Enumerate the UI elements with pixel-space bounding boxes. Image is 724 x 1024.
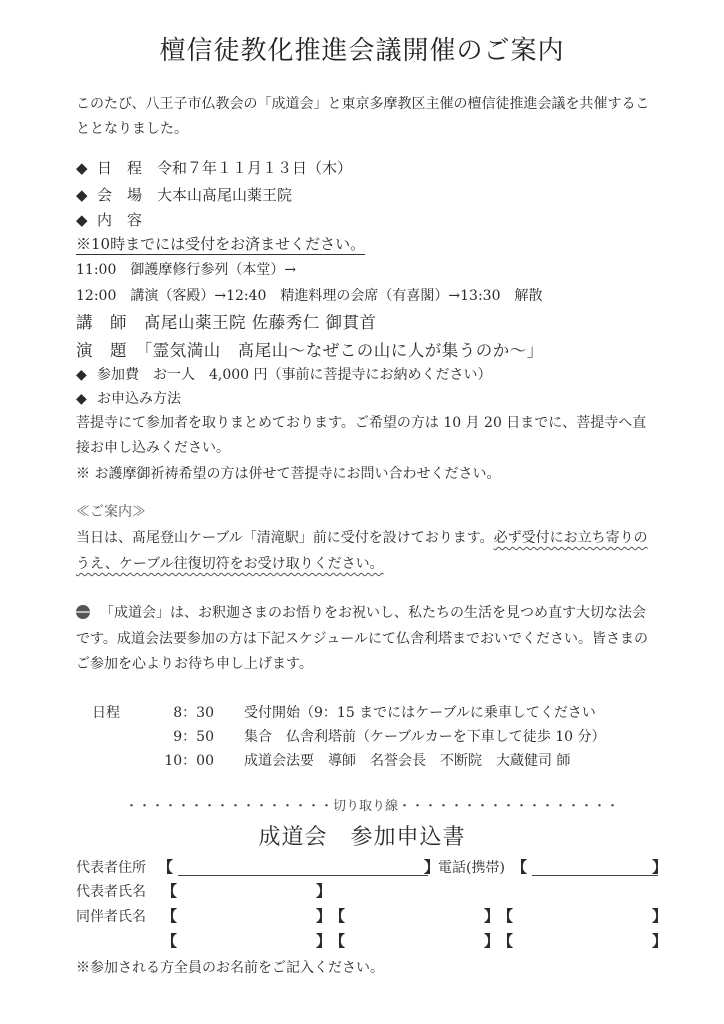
- bracket-open: 【: [330, 905, 345, 926]
- reception-note: ※10時までには受付をお済ませください。: [76, 232, 365, 257]
- bracket-open: 【: [330, 930, 345, 951]
- apply-text-2: 接お申し込みください。: [76, 436, 230, 461]
- bracket-close: 】: [484, 930, 499, 951]
- schedule-desc: 集合 仏舎利塔前（ケーブルカーを下車して徒歩 10 分）: [244, 724, 605, 748]
- apply-text-1: 菩提寺にて参加者を取りまとめております。ご希望の方は 10 月 20 日までに、…: [76, 411, 646, 436]
- lecturer-label: 講 師: [76, 313, 127, 332]
- bracket-open: 【: [162, 930, 177, 951]
- content-label: 内 容: [97, 211, 142, 229]
- globe-bullet-icon: [76, 605, 90, 619]
- companion-label: 同伴者氏名: [76, 906, 146, 926]
- companion-field-6[interactable]: [514, 930, 654, 950]
- date-value: 令和７年１１月１３日（木）: [157, 159, 352, 177]
- intro-line-1: このたび、八王子市仏教会の「成道会」と東京多摩教区主催の檀信徒推進会議を共催する…: [76, 92, 649, 117]
- topic-label: 演 題: [76, 341, 127, 360]
- bracket-close: 】: [652, 930, 667, 951]
- schedule-table: 日程 8：30 受付開始（9：15 までにはケーブルに乗車してください 9：50…: [92, 700, 605, 772]
- lecturer-row: 講 師 髙尾山薬王院 佐藤秀仁 御貫首: [76, 310, 377, 335]
- phone-field[interactable]: [532, 875, 658, 876]
- schedule-row: 9：50 集合 仏舎利塔前（ケーブルカーを下車して徒歩 10 分）: [92, 724, 605, 748]
- program-line-2: 12:00 講演（客殿）→12:40 精進料理の会席（有喜閣）→13:30 解散: [76, 284, 543, 309]
- apply-label: お申込み方法: [97, 391, 181, 407]
- bracket-close: 】: [424, 856, 439, 877]
- bracket-close: 】: [652, 905, 667, 926]
- address-label: 代表者住所: [76, 857, 146, 877]
- diamond-bullet-icon: ◆: [76, 387, 89, 412]
- rep-name-label: 代表者氏名: [76, 881, 146, 901]
- jodoe-line-1: 「成道会」は、お釈迦さまのお悟りをお祝いし、私たちの生活を見つめ直す大切な法会: [76, 601, 646, 626]
- bracket-open: 【: [498, 905, 513, 926]
- diamond-bullet-icon: ◆: [76, 183, 89, 208]
- schedule-row: 日程 8：30 受付開始（9：15 までにはケーブルに乗車してください: [92, 700, 605, 724]
- program-line-1: 11:00 御護摩修行参列（本堂）→: [76, 258, 296, 283]
- diamond-bullet-icon: ◆: [76, 156, 89, 181]
- address-field[interactable]: [178, 875, 428, 876]
- fee-text: 参加費 お一人 4,000 円（事前に菩提寺にお納めください）: [97, 367, 492, 383]
- diamond-bullet-icon: ◆: [76, 208, 89, 233]
- companion-field-1[interactable]: [178, 905, 318, 925]
- page-title: 檀信徒教化推進会議開催のご案内: [0, 30, 724, 67]
- guide-line-2: うえ、ケーブル往復切符をお受け取りください。: [76, 552, 384, 577]
- schedule-time: 9：50: [154, 724, 244, 748]
- schedule-desc: 受付開始（9：15 までにはケーブルに乗車してください: [244, 700, 605, 724]
- phone-label: 電話(携帯): [438, 857, 505, 877]
- jodoe-line-3: ご参加を心よりお待ち申し上げます。: [76, 652, 313, 677]
- bracket-close: 】: [316, 880, 331, 901]
- diamond-bullet-icon: ◆: [76, 363, 89, 388]
- goma-note: ※ お護摩御祈祷希望の方は併せて菩提寺にお問い合わせください。: [76, 462, 500, 487]
- schedule-row: 10：00 成道会法要 導師 名誉会長 不断院 大蔵健司 師: [92, 748, 605, 772]
- lecturer-value: 髙尾山薬王院 佐藤秀仁 御貫首: [144, 313, 377, 332]
- bracket-open: 【: [162, 880, 177, 901]
- schedule-label: 日程: [92, 700, 154, 724]
- companion-field-2[interactable]: [346, 905, 486, 925]
- cut-line: ・・・・・・・・・・・・・・・・切り取り線・・・・・・・・・・・・・・・・・: [80, 795, 664, 814]
- guide-heading: ≪ご案内≫: [76, 500, 146, 525]
- topic-value: 「霊気満山 髙尾山〜なぜこの山に人が集うのか〜」: [144, 341, 544, 360]
- bracket-close: 】: [484, 905, 499, 926]
- bracket-close: 】: [316, 930, 331, 951]
- bracket-open: 【: [158, 856, 173, 877]
- bracket-open: 【: [162, 905, 177, 926]
- bracket-close: 】: [652, 856, 667, 877]
- guide-line-1: 当日は、髙尾登山ケーブル「清滝駅」前に受付を設けております。必ず受付にお立ち寄り…: [76, 526, 648, 551]
- bracket-open: 【: [512, 856, 527, 877]
- bracket-close: 】: [316, 905, 331, 926]
- form-title: 成道会 参加申込書: [0, 820, 724, 851]
- schedule-time: 10：00: [154, 748, 244, 772]
- jodoe-line-2: です。成道会法要参加の方は下記スケジュールにて仏舎利塔までおいでください。皆さま…: [76, 627, 648, 652]
- companion-field-3[interactable]: [514, 905, 654, 925]
- venue-label: 会 場: [97, 186, 142, 204]
- rep-name-field[interactable]: [178, 880, 318, 900]
- companion-field-5[interactable]: [346, 930, 486, 950]
- schedule-desc: 成道会法要 導師 名誉会長 不断院 大蔵健司 師: [244, 748, 605, 772]
- form-note: ※参加される方全員のお名前をご記入ください。: [76, 957, 384, 977]
- apply-row: ◆お申込み方法: [76, 387, 181, 412]
- date-row: ◆日 程 令和７年１１月１３日（木）: [76, 156, 352, 181]
- venue-row: ◆会 場 大本山髙尾山薬王院: [76, 183, 292, 208]
- date-label: 日 程: [97, 159, 142, 177]
- schedule-time: 8：30: [154, 700, 244, 724]
- content-row: ◆内 容: [76, 208, 142, 233]
- bracket-open: 【: [498, 930, 513, 951]
- companion-field-4[interactable]: [178, 930, 318, 950]
- venue-value: 大本山髙尾山薬王院: [157, 186, 292, 204]
- intro-line-2: ととなりました。: [76, 117, 188, 142]
- topic-row: 演 題 「霊気満山 髙尾山〜なぜこの山に人が集うのか〜」: [76, 338, 544, 363]
- fee-row: ◆参加費 お一人 4,000 円（事前に菩提寺にお納めください）: [76, 363, 492, 388]
